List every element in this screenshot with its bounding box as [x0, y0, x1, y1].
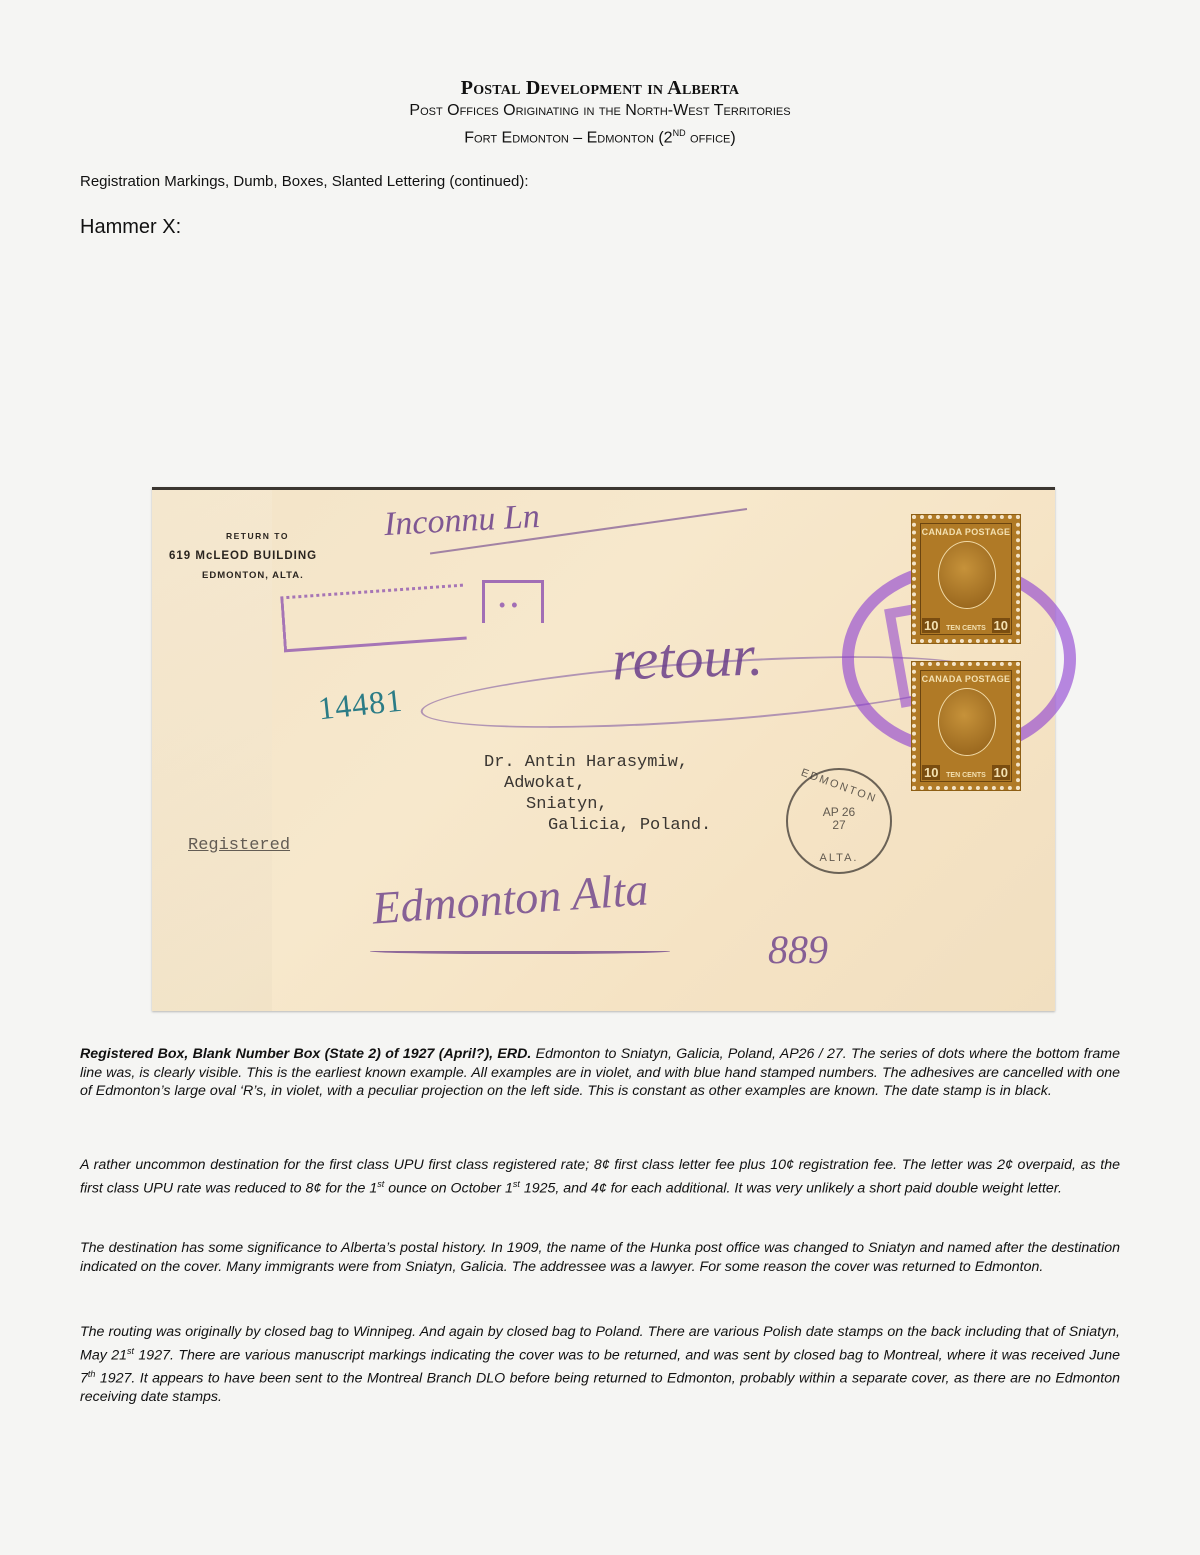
description-paragraph: A rather uncommon destination for the fi…: [80, 1156, 1120, 1198]
stamp-value: 10: [992, 618, 1010, 633]
datestamp-province: ALTA.: [788, 852, 890, 864]
return-address-line: 619 McLEOD BUILDING: [169, 546, 317, 566]
description-text: ounce on October 1: [384, 1180, 513, 1196]
registered-box-marking: [280, 584, 466, 653]
address-line: Sniatyn,: [484, 794, 711, 815]
subtitle-2-superscript: ND: [673, 128, 686, 138]
postage-stamp: CANADA POSTAGE 10 TEN CENTS 10: [912, 662, 1020, 790]
address-line: Galicia, Poland.: [484, 815, 711, 836]
description-text: 1925, and 4¢ for each additional. It was…: [520, 1180, 1062, 1196]
manuscript-edmonton-alta: Edmonton Alta: [370, 862, 649, 934]
superscript: st: [127, 1346, 134, 1356]
manuscript-underline: [370, 947, 670, 954]
description-text: 1927. It appears to have been sent to th…: [80, 1370, 1120, 1405]
cover-envelope-image: RETURN TO 619 McLEOD BUILDING EDMONTON, …: [152, 487, 1055, 1011]
hammer-label: Hammer X:: [80, 216, 181, 239]
page-subtitle-1: Post Offices Originating in the North-We…: [0, 100, 1200, 122]
manuscript-number: 889: [768, 926, 828, 973]
address-line: Dr. Antin Harasymiw,: [484, 752, 711, 773]
manuscript-inconnu: Inconnu Ln: [383, 498, 541, 544]
stamp-portrait-icon: [938, 541, 996, 609]
return-address-line: RETURN TO: [169, 526, 317, 546]
postage-stamp: CANADA POSTAGE 10 TEN CENTS 10: [912, 515, 1020, 643]
stamp-value: 10: [992, 765, 1010, 780]
description-paragraph: The destination has some significance to…: [80, 1239, 1120, 1276]
registration-number: 14481: [316, 682, 404, 728]
recipient-address: Dr. Antin Harasymiw, Adwokat, Sniatyn, G…: [484, 752, 711, 836]
page-header: Postal Development in Alberta Post Offic…: [0, 76, 1200, 149]
page-title: Postal Development in Alberta: [0, 76, 1200, 100]
return-address: RETURN TO 619 McLEOD BUILDING EDMONTON, …: [169, 526, 317, 586]
stamp-country: CANADA POSTAGE: [916, 674, 1016, 684]
manuscript-retour: retour.: [611, 621, 764, 693]
superscript: st: [513, 1179, 520, 1189]
stamp-country: CANADA POSTAGE: [916, 527, 1016, 537]
number-box-dots: ••: [499, 595, 524, 616]
datestamp-date: AP 26 27: [788, 806, 890, 832]
subtitle-2-text: Fort Edmonton – Edmonton (2: [464, 129, 672, 146]
address-line: Adwokat,: [484, 773, 711, 794]
page-subtitle-2: Fort Edmonton – Edmonton (2ND office): [0, 122, 1200, 149]
datestamp-year-line: 27: [788, 819, 890, 832]
description-paragraph: The routing was originally by closed bag…: [80, 1323, 1120, 1406]
edmonton-datestamp: EDMONTON AP 26 27 ALTA.: [786, 768, 892, 874]
return-address-line: EDMONTON, ALTA.: [169, 566, 317, 586]
subtitle-2-text-end: office): [686, 129, 736, 146]
description-lead: Registered Box, Blank Number Box (State …: [80, 1046, 531, 1062]
registered-label: Registered: [188, 836, 290, 855]
number-box-marking: ••: [482, 580, 544, 623]
datestamp-town: EDMONTON: [789, 763, 889, 809]
section-heading: Registration Markings, Dumb, Boxes, Slan…: [80, 173, 529, 190]
stamp-portrait-icon: [938, 688, 996, 756]
description-paragraph: Registered Box, Blank Number Box (State …: [80, 1045, 1120, 1101]
